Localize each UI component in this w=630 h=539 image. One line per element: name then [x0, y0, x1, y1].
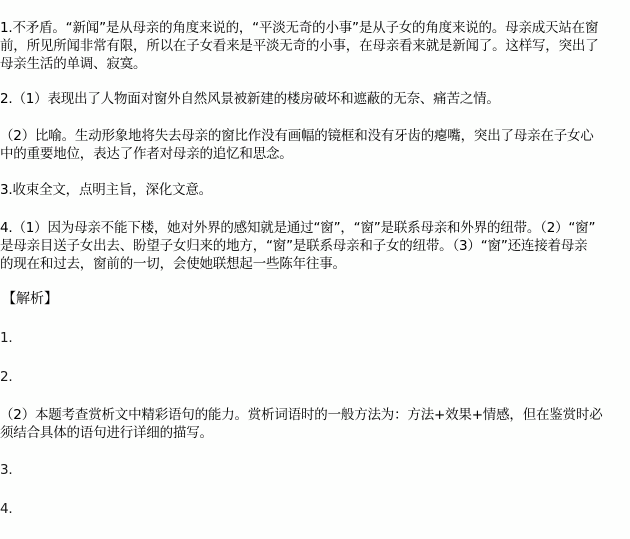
- analysis-2: 2.: [0, 368, 630, 386]
- analysis-2-part-2-line-1: （2）本题考查赏析文中精彩语句的能力。赏析词语时的一般方法为：方法+效果+情感，…: [0, 406, 630, 424]
- analysis-4: 4.: [0, 500, 630, 518]
- analysis-3-label: 3.: [0, 461, 630, 479]
- answer-1-line-3: 母亲生活的单调、寂寞。: [0, 55, 630, 73]
- analysis-1: 1.: [0, 329, 630, 347]
- answer-4-line-3: 的现在和过去，窗前的一切，会使她联想起一些陈年往事。: [0, 255, 630, 273]
- analysis-2-part-2: （2）本题考查赏析文中精彩语句的能力。赏析词语时的一般方法为：方法+效果+情感，…: [0, 406, 630, 442]
- answer-4-line-1: 4.（1）因为母亲不能下楼，她对外界的感知就是通过“窗”，“窗”是联系母亲和外界…: [0, 219, 630, 237]
- answer-3-line-1: 3.收束全文，点明主旨，深化文意。: [0, 181, 630, 199]
- answer-2-part-1-line-1: 2.（1）表现出了人物面对窗外自然风景被新建的楼房破坏和遮蔽的无奈、痛苦之情。: [0, 90, 630, 108]
- answer-4: 4.（1）因为母亲不能下楼，她对外界的感知就是通过“窗”，“窗”是联系母亲和外界…: [0, 219, 630, 273]
- analysis-3: 3.: [0, 461, 630, 479]
- answer-2-part-2-line-2: 中的重要地位，表达了作者对母亲的追忆和思念。: [0, 145, 630, 163]
- answer-1: 1.不矛盾。“新闻”是从母亲的角度来说的，“平淡无奇的小事”是从子女的角度来说的…: [0, 19, 630, 73]
- analysis-2-label: 2.: [0, 368, 630, 386]
- analysis-4-label: 4.: [0, 500, 630, 518]
- answer-2-part-2-line-1: （2）比喻。生动形象地将失去母亲的窗比作没有画幅的镜框和没有牙齿的瘪嘴，突出了母…: [0, 127, 630, 145]
- answer-2-part-2: （2）比喻。生动形象地将失去母亲的窗比作没有画幅的镜框和没有牙齿的瘪嘴，突出了母…: [0, 127, 630, 163]
- analysis-2-part-2-line-2: 须结合具体的语句进行详细的描写。: [0, 424, 630, 442]
- analysis-heading: 【解析】: [2, 290, 58, 308]
- answer-1-line-1: 1.不矛盾。“新闻”是从母亲的角度来说的，“平淡无奇的小事”是从子女的角度来说的…: [0, 19, 630, 37]
- answer-3: 3.收束全文，点明主旨，深化文意。: [0, 181, 630, 199]
- answer-4-line-2: 是母亲目送子女出去、盼望子女归来的地方，“窗”是联系母亲和子女的纽带。（3）“窗…: [0, 237, 630, 255]
- answer-2-part-1: 2.（1）表现出了人物面对窗外自然风景被新建的楼房破坏和遮蔽的无奈、痛苦之情。: [0, 90, 630, 108]
- answer-1-line-2: 前，所见所闻非常有限，所以在子女看来是平淡无奇的小事，在母亲看来就是新闻了。这样…: [0, 37, 630, 55]
- analysis-1-label: 1.: [0, 329, 630, 347]
